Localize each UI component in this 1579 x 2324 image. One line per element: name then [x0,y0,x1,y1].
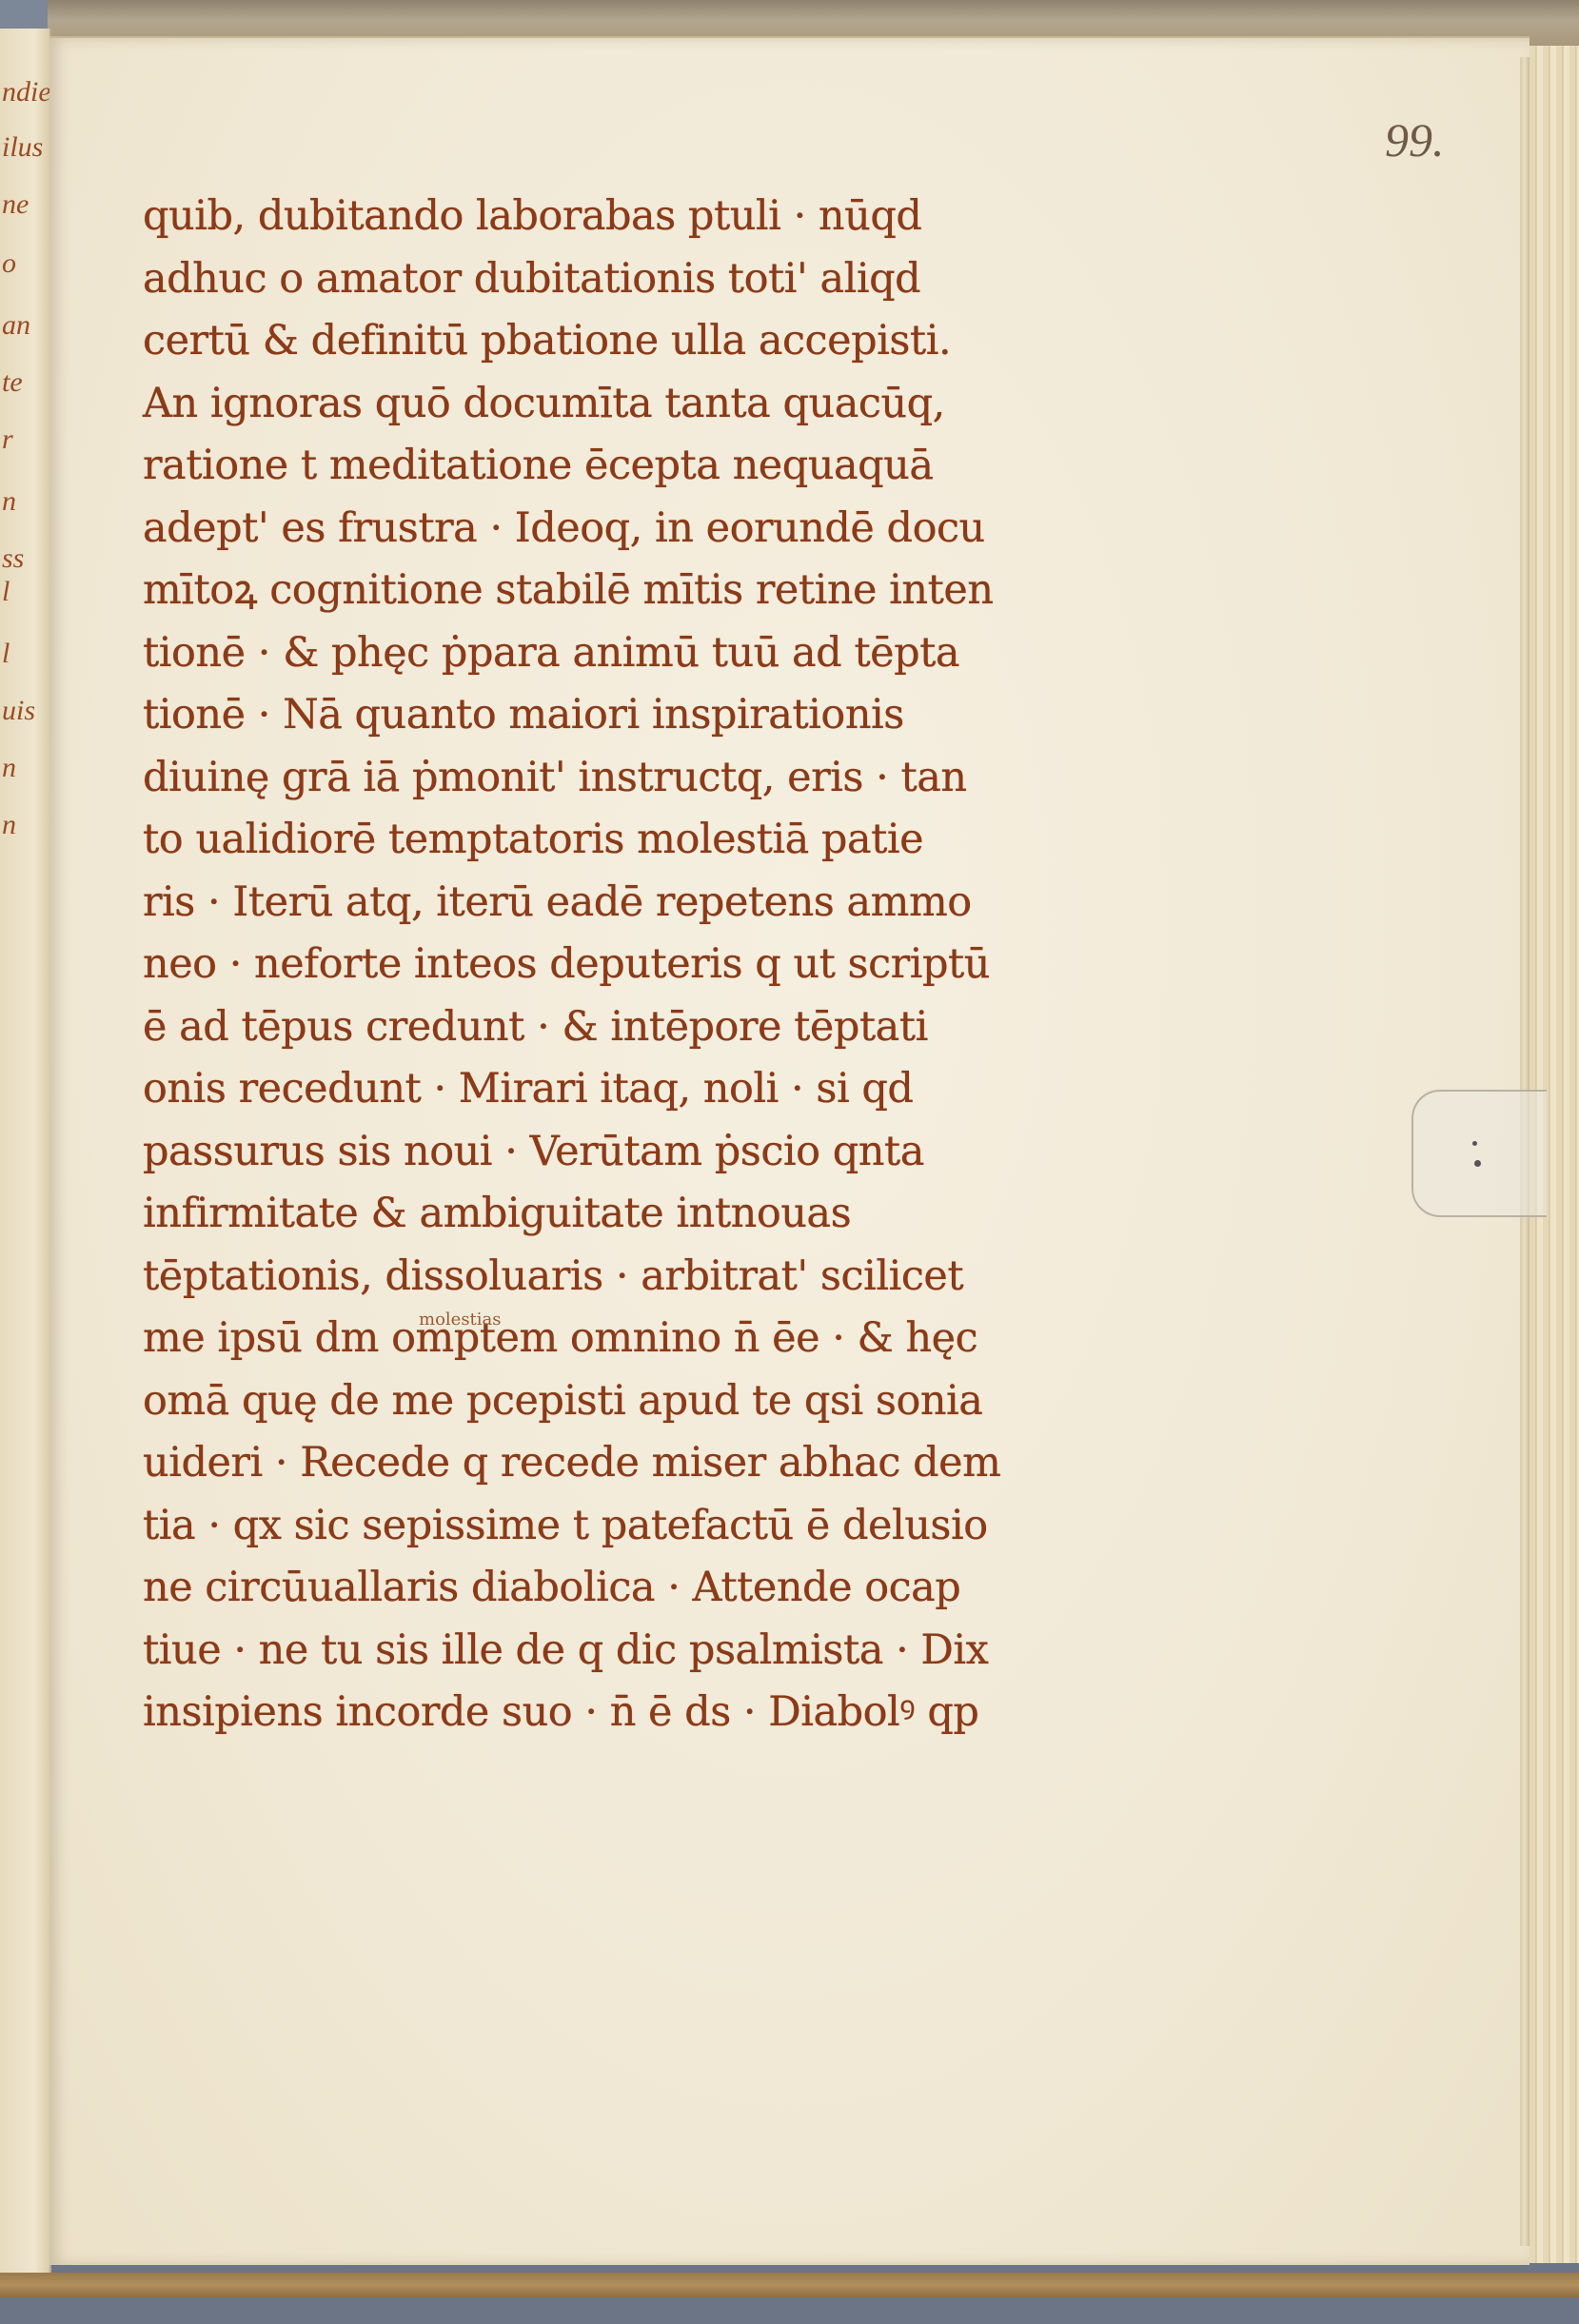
text-line: ē ad tēpus credunt · & intēpore tēptati [143,996,1199,1059]
text-line: tiue · ne tu sis ille de q dic psalmista… [143,1620,1199,1683]
text-line: tia · qx sic sepissime t patefactū ē del… [143,1495,1199,1558]
text-line: ratione t meditatione ēcepta nequaquā [143,435,1199,498]
text-line: quib, dubitando laborabas ptuli · nūqd [143,186,1199,248]
margin-fragment: n [2,809,16,841]
margin-fragment: n [2,485,16,518]
margin-fragment: te [2,366,23,399]
margin-fragment: ss [2,542,24,575]
clasp-tab [1411,1090,1547,1217]
text-line: tionē · & phęc ṗpara animū tuū ad tēpta [143,622,1199,685]
manuscript-text-block: quib, dubitando laborabas ptuli · nūqd a… [143,186,1199,1744]
margin-fragment: ndie [2,76,51,108]
text-line: ris · Iterū atq, iterū eadē repetens amm… [143,872,1199,935]
text-line: onis recedunt · Mirari itaq, noli · si q… [143,1058,1199,1121]
margin-fragment: l [2,638,10,670]
margin-fragment: uis [2,695,35,727]
text-line: passurus sis noui · Verūtam ṗscio qnta [143,1121,1199,1184]
text-line: An ignoras quō documīta tanta quacūq, [143,373,1199,436]
text-line: adhuc o amator dubitationis toti' aliqd [143,248,1199,311]
text-line: mītoꝝ cognitione stabilē mītis retine in… [143,560,1199,622]
margin-fragment: r [2,423,13,456]
text-line: adept' es frustra · Ideoq, in eorundē do… [143,498,1199,561]
text-line: neo · neforte inteos deputeris q ut scri… [143,934,1199,996]
previous-leaf-edge: ndie ilus ne o an te r n ss l l uis n n [0,29,51,2275]
text-line: ne circūuallaris diabolica · Attende oca… [143,1557,1199,1620]
margin-fragment: n [2,752,16,784]
text-line: diuinę grā iā ṗmonit' instructq, eris · … [143,747,1199,810]
text-line: me ipsū dm omptem omnino n̄ ēe · & hęc [143,1308,1199,1370]
text-line: tionē · Nā quanto maiori inspirationis [143,684,1199,747]
margin-fragment: l [2,576,10,608]
margin-fragment: ilus [2,131,43,164]
text-line: certū & definitū pbatione ulla accepisti… [143,310,1199,373]
margin-fragment: ne [2,188,29,221]
folio-number: 99. [1385,112,1445,167]
text-line: infirmitate & ambiguitate intnouas [143,1183,1199,1246]
text-line: uideri · Recede q recede miser abhac dem [143,1432,1199,1495]
clasp-speck [1472,1141,1477,1146]
book-bottom-edge [0,2273,1579,2297]
text-line: to ualidiorē temptatoris molestiā patie [143,809,1199,872]
text-line: insipiens incorde suo · n̄ ē ds · Diabol… [143,1682,1199,1744]
interlinear-gloss: molestias [419,1310,502,1329]
clasp-speck [1474,1160,1481,1167]
text-line: omā quę de me pcepisti apud te qsi sonia [143,1370,1199,1433]
margin-fragment: o [2,247,16,280]
margin-fragment: an [2,309,30,342]
text-line: tēptationis, dissoluaris · arbitrat' sci… [143,1246,1199,1309]
